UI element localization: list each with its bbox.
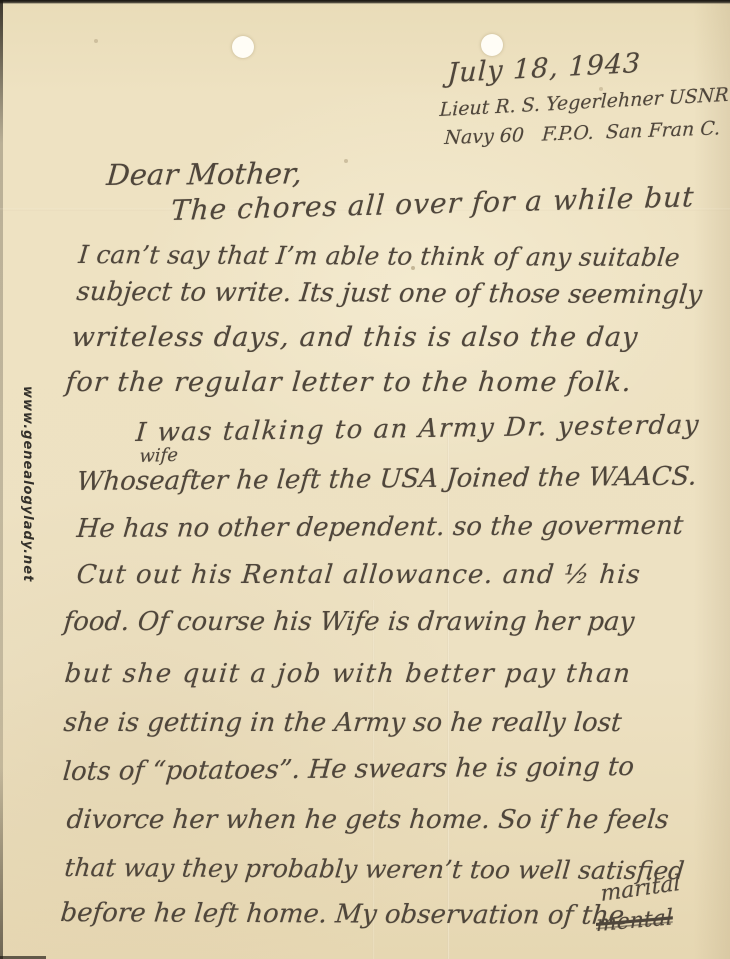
letter-line: for the regular letter to the home folk. <box>64 367 633 399</box>
letter-line-with-insertion: Whoseafter he left the USA Joined the WA… <box>76 462 698 499</box>
paper-specks <box>0 0 2 2</box>
letter-line: writeless days, and this is also the day <box>70 322 639 354</box>
letter-line: but she quit a job with better pay than <box>63 659 632 690</box>
letter-line: subject to write. Its just one of those … <box>75 277 703 311</box>
letter-line: before he left home. My observation of t… <box>59 898 625 932</box>
letter-line: divorce her when he gets home. So if he … <box>65 805 670 836</box>
inserted-word-wife: wife <box>139 445 179 467</box>
punch-hole-right <box>481 34 503 56</box>
letter-line: she is getting in the Army so he really … <box>62 708 623 739</box>
letter-date: July 18, 1943 <box>447 48 642 91</box>
struck-word-mental: mental <box>596 905 673 937</box>
letter-line: I can’t say that I’m able to think of an… <box>77 240 681 273</box>
letter-line: Cut out his Rental allowance. and ½ his <box>75 560 642 591</box>
letter-line: I was talking to an Army Dr. yesterday <box>135 410 701 449</box>
punch-hole-left <box>232 36 254 58</box>
letter-line-part: after he left the USA Joined the WAACS. <box>163 462 697 497</box>
scan-edge-top <box>0 0 730 4</box>
letter-line: that way they probably weren’t too well … <box>63 853 685 886</box>
scan-edge-left <box>0 0 3 959</box>
letter-line: He has no other dependent. so the goverm… <box>75 511 684 545</box>
address-line: Navy 60 F.P.O. San Fran C. <box>444 117 721 149</box>
salutation: Dear Mother, <box>105 156 303 193</box>
watermark: www.genealogylady.net <box>20 386 35 582</box>
letter-line-part: Whose <box>76 466 166 497</box>
letter-line: food. Of course his Wife is drawing her … <box>62 607 635 638</box>
letter-line: lots of “potatoes”. He swears he is goin… <box>62 752 636 788</box>
sender-line: Lieut R. S. Yegerlehner USNR <box>439 84 729 122</box>
scanned-letter-page: www.genealogylady.net July 18, 1943 Lieu… <box>0 0 730 959</box>
